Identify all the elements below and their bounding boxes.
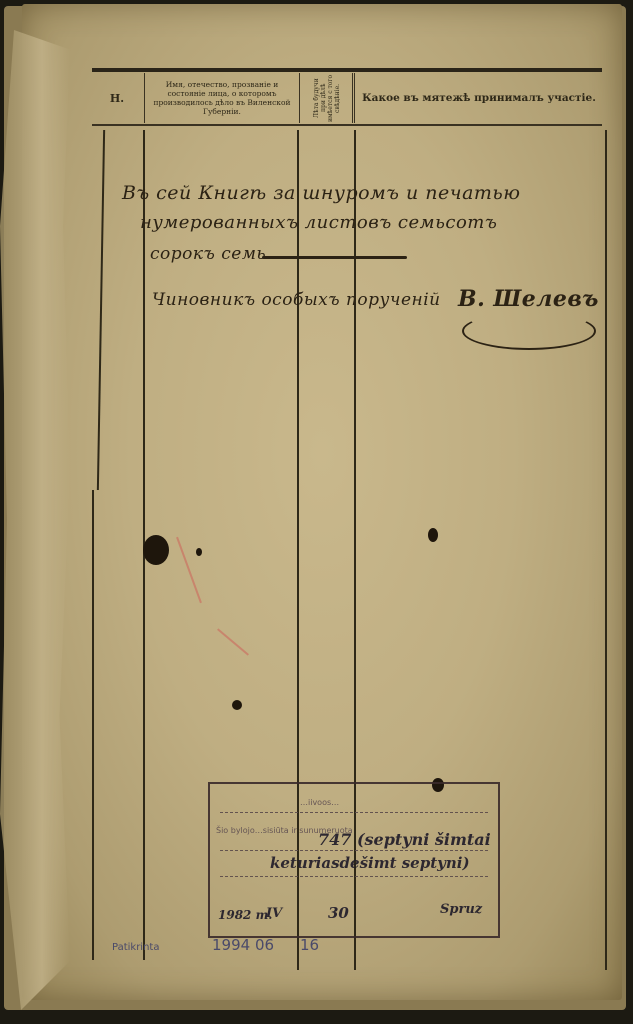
handwritten-line-1: Въ сей Книгѣ за шнуромъ и печатью: [122, 182, 521, 204]
pencil-check-day: 16: [300, 936, 319, 954]
ink-spot: [232, 700, 242, 710]
stamp-rule: [220, 876, 488, 878]
header-number-column: Н.: [92, 73, 142, 123]
header-age-column: Лѣта будучи при дѣлѣ имѣется с того свѣд…: [302, 73, 353, 123]
header-rule-top: [92, 68, 602, 72]
official-signature: В. Шелевъ: [458, 286, 599, 312]
pencil-check-label: Patikrinta: [112, 942, 159, 953]
handwritten-line-3: сорокъ семь.: [150, 244, 272, 264]
handwritten-line-2: нумерованныхъ листовъ семьсотъ: [140, 212, 497, 233]
stamp-printed-line-1: …iivoos…: [300, 798, 339, 807]
signature-flourish: [462, 312, 596, 350]
torn-paper-edge: [0, 30, 70, 1010]
ink-spot: [428, 528, 438, 542]
pencil-check-date: 1994 06: [212, 936, 274, 954]
handwritten-line-4: Чиновникъ особыхъ порученiй: [152, 290, 441, 310]
stamp-date-year: 1982 m.: [218, 908, 272, 922]
archive-stamp: …iivoos… Šio bylojo…sisiūta ir sunumeruo…: [208, 782, 500, 938]
stamp-rule: [220, 850, 488, 852]
stamp-rule: [220, 812, 488, 814]
stamp-date-day: 30: [328, 904, 349, 922]
column-line: [605, 130, 607, 970]
header-name-column: Имя, отечество, прозванiе и состоянiе ли…: [144, 73, 300, 123]
stamp-signature: Spruz: [440, 902, 482, 917]
stamp-handwritten-count: 747 (septyni šimtai: [318, 830, 491, 849]
stamp-date-month: IV: [266, 906, 282, 921]
printed-table-header: Н. Имя, отечество, прозванiе и состоянiе…: [92, 73, 602, 123]
header-participation-column: Какое въ мятежѣ принималъ участiе.: [354, 73, 603, 123]
column-line: [92, 490, 94, 960]
pen-underline: [262, 256, 407, 259]
ink-spot: [196, 548, 202, 556]
header-rule-bottom: [92, 124, 602, 126]
stamp-handwritten-words: keturiasdešimt septyni): [270, 854, 470, 872]
ink-blot: [143, 535, 169, 565]
